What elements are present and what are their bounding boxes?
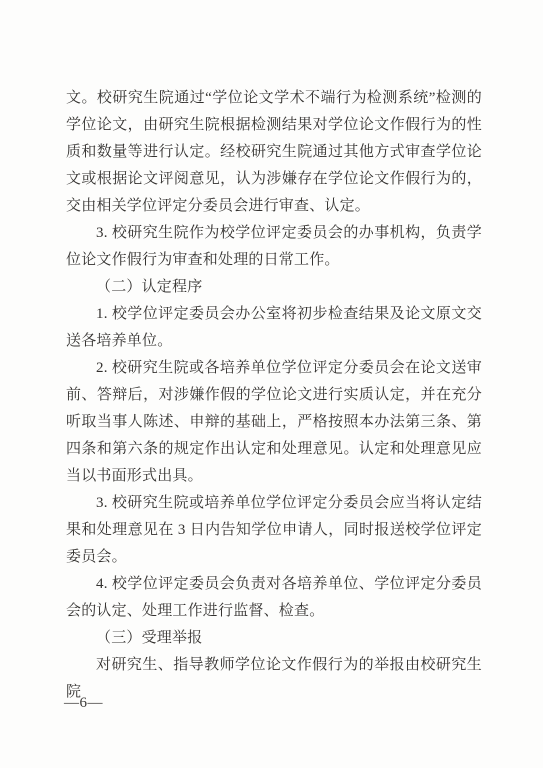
paragraph: 文。校研究生院通过“学位论文学术不端行为检测系统”检测的学位论文，由研究生院根据…	[66, 85, 482, 220]
paragraph: （三）受理举报	[66, 625, 482, 652]
paragraph: 对研究生、指导教师学位论文作假行为的举报由校研究生院	[66, 652, 482, 706]
paragraph: 4. 校学位评定委员会负责对各培养单位、学位评定分委员会的认定、处理工作进行监督…	[66, 571, 482, 625]
paragraph: 2. 校研究生院或各培养单位学位评定分委员会在论文送审前、答辩后，对涉嫌作假的学…	[66, 355, 482, 490]
document-body: 文。校研究生院通过“学位论文学术不端行为检测系统”检测的学位论文，由研究生院根据…	[66, 85, 482, 706]
paragraph: 3. 校研究生院作为校学位评定委员会的办事机构，负责学位论文作假行为审查和处理的…	[66, 220, 482, 274]
paragraph: 1. 校学位评定委员会办公室将初步检查结果及论文原文交送各培养单位。	[66, 301, 482, 355]
paragraph: （二）认定程序	[66, 274, 482, 301]
document-page: 文。校研究生院通过“学位论文学术不端行为检测系统”检测的学位论文，由研究生院根据…	[0, 0, 543, 768]
paragraph: 3. 校研究生院或培养单位学位评定分委员会应当将认定结果和处理意见在 3 日内告…	[66, 490, 482, 571]
page-number: —6—	[64, 693, 103, 713]
